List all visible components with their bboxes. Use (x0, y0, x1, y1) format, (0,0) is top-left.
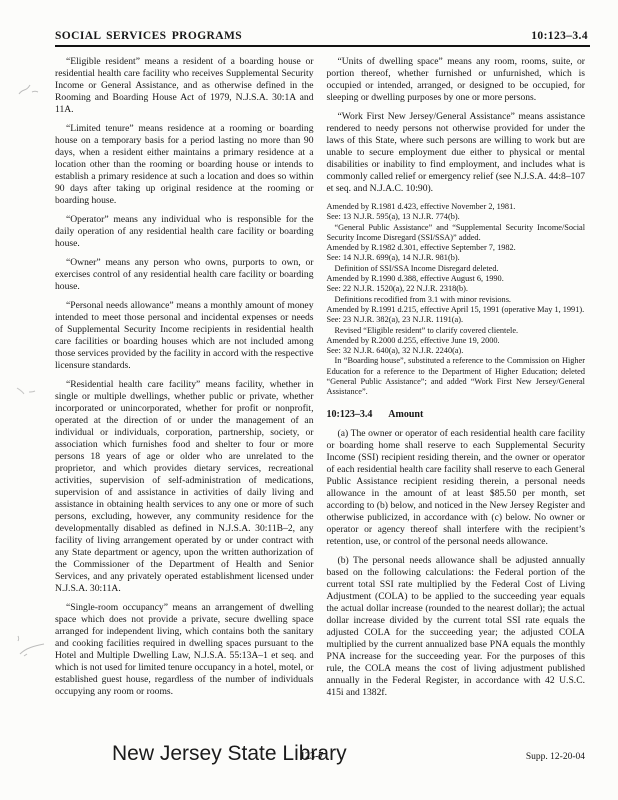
header-title: SOCIAL SERVICES PROGRAMS (55, 30, 242, 42)
history-note-line: Amended by R.1982 d.301, effective Septe… (327, 243, 586, 253)
history-note-line: “General Public Assistance” and “Supplem… (327, 223, 586, 244)
definition-paragraph: “Residential health care facility” means… (55, 379, 314, 595)
right-column: “Units of dwelling space” means any room… (327, 56, 586, 748)
section-heading-title: Amount (388, 409, 423, 420)
history-note-line: Revised “Eligible resident” to clarify c… (327, 326, 586, 336)
history-note-line: Amended by R.1991 d.215, effective April… (327, 305, 586, 315)
history-note-line: Definition of SSI/SSA Income Disregard d… (327, 264, 586, 274)
section-body: (a) The owner or operator of each reside… (327, 428, 586, 699)
pen-mark (14, 630, 48, 660)
definition-paragraph: “Eligible resident” means a resident of … (55, 56, 314, 116)
pen-mark (15, 384, 37, 398)
definition-paragraph: “Personal needs allowance” means a month… (55, 300, 314, 372)
history-note-line: See: 23 N.J.R. 382(a), 23 N.J.R. 1191(a)… (327, 315, 586, 325)
pen-mark (16, 78, 42, 102)
definition-paragraph: “Work First New Jersey/General Assistanc… (327, 111, 586, 195)
history-note-line: See: 32 N.J.R. 640(a), 32 N.J.R. 2240(a)… (327, 346, 586, 356)
document-page: SOCIAL SERVICES PROGRAMS 10:123–3.4 “Eli… (0, 0, 618, 800)
history-note-line: See: 13 N.J.R. 595(a), 13 N.J.R. 774(b). (327, 212, 586, 222)
history-note-line: See: 22 N.J.R. 1520(a), 22 N.J.R. 2318(b… (327, 284, 586, 294)
left-column: “Eligible resident” means a resident of … (55, 56, 314, 748)
section-heading: 10:123–3.4 Amount (327, 409, 586, 421)
page-number: 123-7 (300, 751, 323, 762)
section-paragraph: (b) The personal needs allowance shall b… (327, 555, 586, 699)
definition-paragraph: “Owner” means any person who owns, purpo… (55, 257, 314, 293)
definition-paragraph: “Single-room occupancy” means an arrange… (55, 602, 314, 698)
page-header: SOCIAL SERVICES PROGRAMS 10:123–3.4 (55, 30, 588, 42)
history-note-line: Definitions recodified from 3.1 with min… (327, 295, 586, 305)
history-note-line: Amended by R.1981 d.423, effective Novem… (327, 202, 586, 212)
history-note-line: See: 14 N.J.R. 699(a), 14 N.J.R. 981(b). (327, 253, 586, 263)
definition-paragraph: “Limited tenure” means residence at a ro… (55, 123, 314, 207)
supplement-date: Supp. 12-20-04 (526, 752, 585, 762)
section-heading-number: 10:123–3.4 (327, 409, 373, 420)
history-note-line: Amended by R.2000 d.255, effective June … (327, 336, 586, 346)
header-rule (55, 45, 590, 47)
header-section-number: 10:123–3.4 (531, 30, 588, 42)
definition-paragraph: “Operator” means any individual who is r… (55, 214, 314, 250)
body-columns: “Eligible resident” means a resident of … (55, 56, 585, 748)
amendment-history-notes: Amended by R.1981 d.423, effective Novem… (327, 202, 586, 398)
definition-paragraph: “Units of dwelling space” means any room… (327, 56, 586, 104)
section-paragraph: (a) The owner or operator of each reside… (327, 428, 586, 548)
history-note-line: In “Boarding house”, substituted a refer… (327, 356, 586, 397)
right-definitions: “Units of dwelling space” means any room… (327, 56, 586, 195)
history-note-line: Amended by R.1990 d.388, effective Augus… (327, 274, 586, 284)
